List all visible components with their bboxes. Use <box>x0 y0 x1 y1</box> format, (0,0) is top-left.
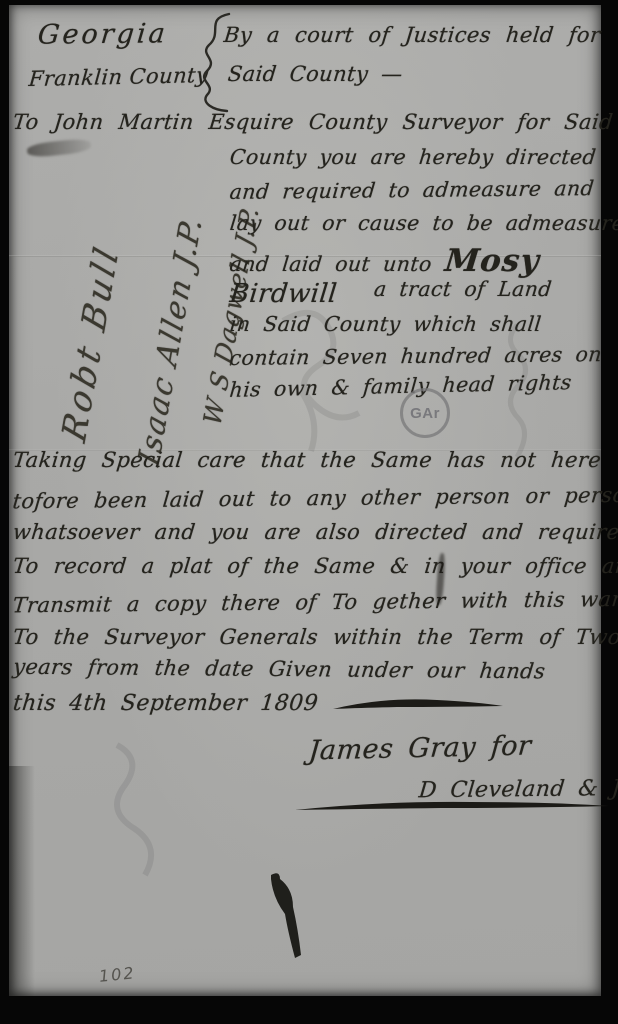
warrant-line6: in Said County which shall <box>229 312 543 336</box>
instruction-line3: whatsoever and you are also directed and… <box>12 520 618 544</box>
page-number: 102 <box>98 963 136 986</box>
warrant-line3: lay out or cause to be admeasured <box>229 211 618 235</box>
dateline: this 4th September 1809 <box>12 691 320 716</box>
margin-signature-allen: Isaac Allen J.P. <box>132 211 209 470</box>
closing-signature-cleveland: D Cleveland & J.C. <box>418 776 618 803</box>
warrant-line1: County you are hereby directed <box>229 145 598 169</box>
archive-stamp-label: GAr <box>410 405 440 422</box>
warrant-line4: and laid out unto Mosy <box>228 243 541 279</box>
header-state: Georgia <box>36 18 169 50</box>
paper-sheet: Georgia Franklin County By a court of Ju… <box>9 5 601 996</box>
closing-signature-gray: James Gray for <box>307 730 532 766</box>
instruction-line5: Transmit a copy there of To gether with … <box>12 587 618 618</box>
date-flourish-stroke <box>327 694 509 716</box>
ink-blot <box>247 867 311 963</box>
warrant-line5: Birdwill a tract of Land <box>228 279 553 309</box>
ink-smudge <box>26 138 91 159</box>
margin-signature-bull: Robt Bull <box>55 239 127 447</box>
header-county: Franklin County <box>28 63 209 91</box>
instruction-line4: To record a plat of the Same & in your o… <box>12 554 618 578</box>
header-court-line1: By a court of Justices held for <box>223 23 602 47</box>
warrant-line8: his own & family head rights <box>229 370 573 402</box>
document-scan: Georgia Franklin County By a court of Ju… <box>0 0 618 1024</box>
paper-edge-shadow <box>9 766 35 996</box>
grantee-first-name: Mosy <box>443 243 541 279</box>
grantee-last-name: Birdwill <box>228 279 338 309</box>
archive-stamp: GAr <box>400 388 450 438</box>
instruction-line6: To the Surveyor Generals within the Term… <box>12 625 618 649</box>
warrant-line5-text: a tract of Land <box>373 277 553 301</box>
address-line: To John Martin Esquire County Surveyor f… <box>12 110 615 134</box>
warrant-line2: and required to admeasure and <box>229 176 596 204</box>
warrant-line4-text: and laid out unto <box>228 252 433 276</box>
bleed-through-mark <box>97 735 187 885</box>
instruction-line2: tofore been laid out to any other person… <box>12 483 618 514</box>
warrant-line7: contain Seven hundred acres on <box>229 342 604 370</box>
header-court-line2: Said County — <box>227 62 404 86</box>
instruction-line7: years from the date Given under our hand… <box>12 655 547 684</box>
instruction-line1: Taking Special care that the Same has no… <box>12 448 603 472</box>
